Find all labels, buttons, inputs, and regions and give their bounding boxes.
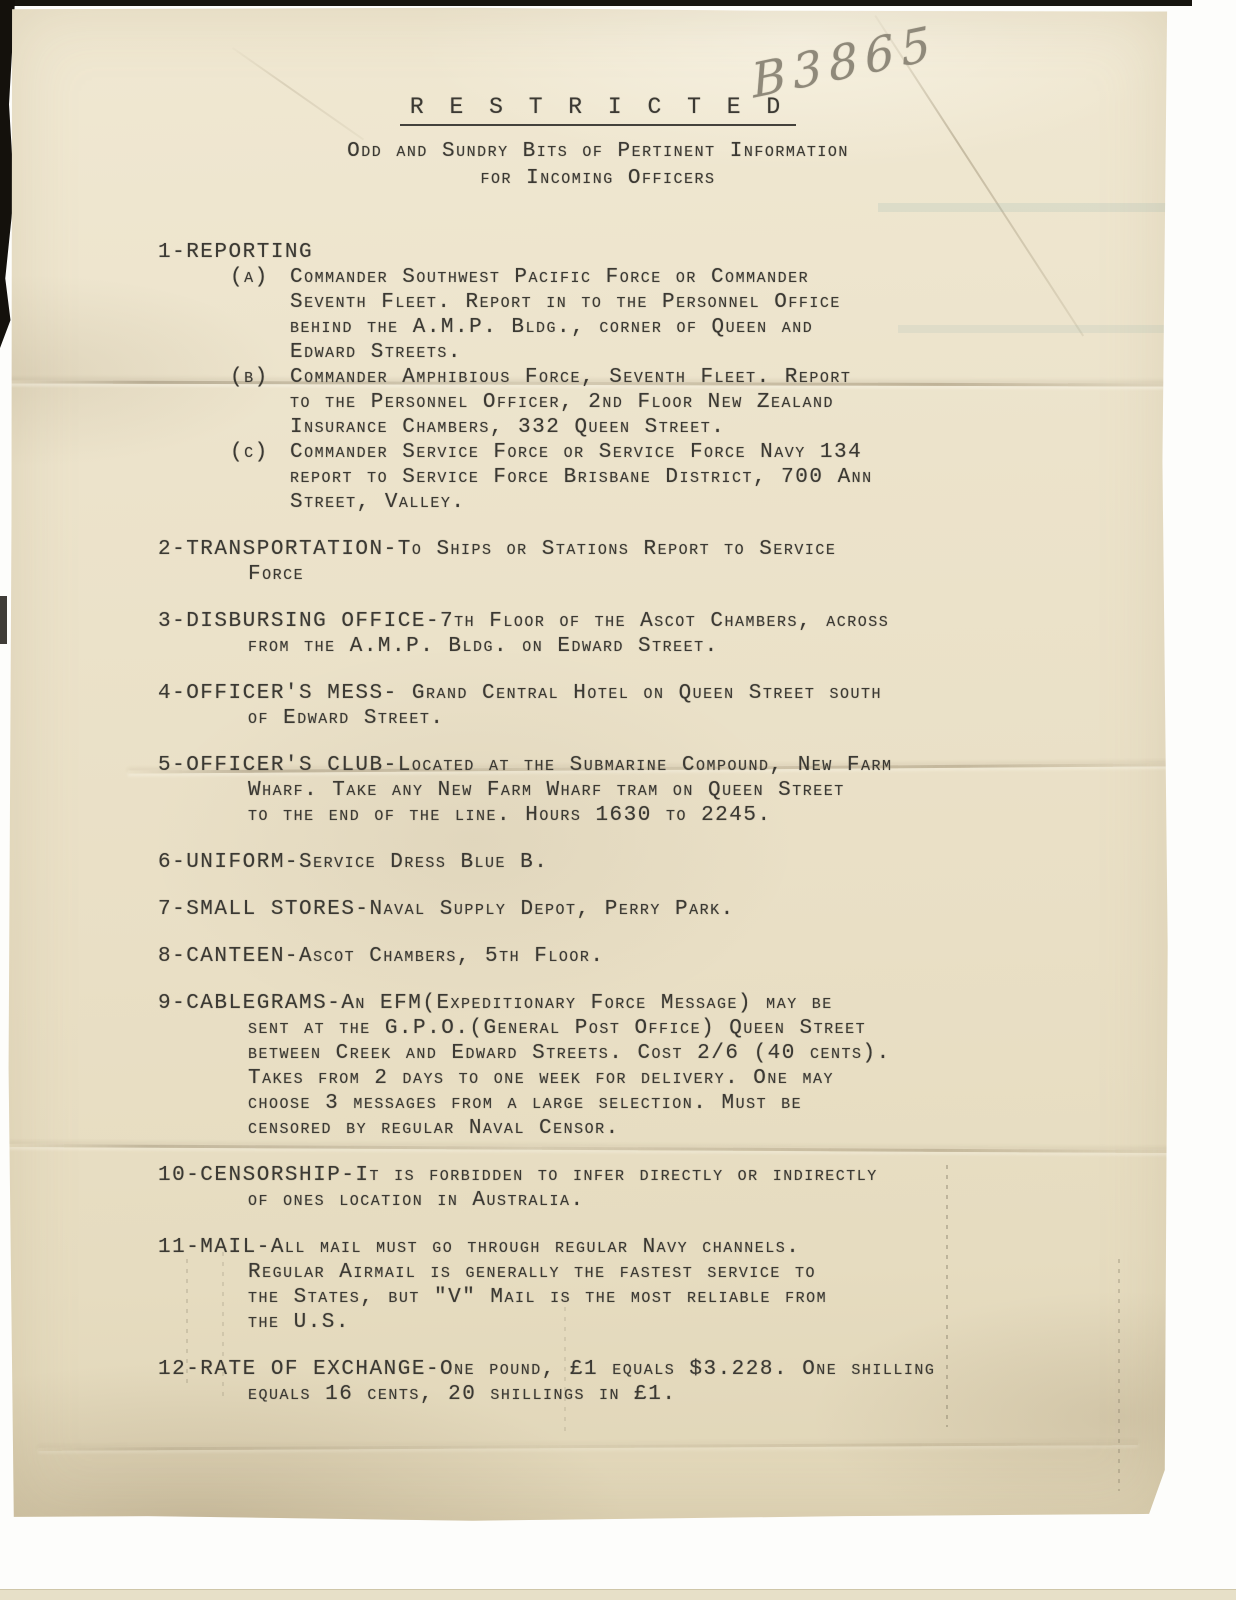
document-page: B3865 R E S T R I C T E D Odd and Sundry…: [8, 7, 1170, 1523]
doc-line: Takes from 2 days to one week for delive…: [8, 1066, 1170, 1091]
doc-item-3: 3-DISBURSING OFFICE-7th Floor of the Asc…: [8, 609, 1170, 659]
doc-line: to the end of the line. Hours 1630 to 22…: [8, 803, 1170, 828]
doc-line: 11-MAIL-All mail must go through regular…: [8, 1235, 1170, 1260]
doc-line: report to Service Force Brisbane Distric…: [290, 465, 1170, 490]
classification-title: R E S T R I C T E D: [400, 93, 796, 126]
doc-line: 9-CABLEGRAMS-An EFM(Expeditionary Force …: [8, 991, 1170, 1016]
scanned-document: B3865 R E S T R I C T E D Odd and Sundry…: [0, 0, 1236, 1600]
subtitle-line-2: for Incoming Officers: [148, 165, 1048, 192]
doc-subitem-text: Commander Southwest Pacific Force or Com…: [290, 265, 1170, 365]
doc-line: Commander Amphibious Force, Seventh Flee…: [290, 365, 1170, 390]
doc-line: 12-RATE OF EXCHANGE-One pound, £1 equals…: [8, 1357, 1170, 1382]
scan-tint-band-1: [878, 203, 1168, 212]
doc-line: 3-DISBURSING OFFICE-7th Floor of the Asc…: [8, 609, 1170, 634]
doc-line: Commander Service Force or Service Force…: [290, 440, 1170, 465]
doc-item-6: 6-UNIFORM-Service Dress Blue B.: [8, 850, 1170, 875]
doc-item-9: 9-CABLEGRAMS-An EFM(Expeditionary Force …: [8, 991, 1170, 1141]
doc-line: censored by regular Naval Censor.: [8, 1116, 1170, 1141]
doc-line: to the Personnel Officer, 2nd Floor New …: [290, 390, 1170, 415]
doc-item-10: 10-CENSORSHIP-It is forbidden to infer d…: [8, 1163, 1170, 1213]
doc-subitem-c: (c)Commander Service Force or Service Fo…: [8, 440, 1170, 515]
doc-subitem-label: (c): [230, 440, 290, 515]
doc-item-2: 2-TRANSPORTATION-To Ships or Stations Re…: [8, 537, 1170, 587]
doc-item-7: 7-SMALL STORES-Naval Supply Depot, Perry…: [8, 897, 1170, 922]
doc-line: behind the A.M.P. Bldg., corner of Queen…: [290, 315, 1170, 340]
doc-subitem-b: (b)Commander Amphibious Force, Seventh F…: [8, 365, 1170, 440]
doc-line: choose 3 messages from a large selection…: [8, 1091, 1170, 1116]
document-subtitle: Odd and Sundry Bits of Pertinent Informa…: [148, 138, 1048, 192]
document-body: 1-REPORTING(a)Commander Southwest Pacifi…: [8, 240, 1170, 1407]
doc-line: Regular Airmail is generally the fastest…: [8, 1260, 1170, 1285]
doc-line: Insurance Chambers, 332 Queen Street.: [290, 415, 1170, 440]
doc-line: of Edward Street.: [8, 706, 1170, 731]
doc-line: 6-UNIFORM-Service Dress Blue B.: [8, 850, 1170, 875]
doc-line: Seventh Fleet. Report in to the Personne…: [290, 290, 1170, 315]
doc-line: of ones location in Australia.: [8, 1188, 1170, 1213]
doc-line: 5-OFFICER'S CLUB-Located at the Submarin…: [8, 753, 1170, 778]
doc-line: 2-TRANSPORTATION-To Ships or Stations Re…: [8, 537, 1170, 562]
doc-line: 10-CENSORSHIP-It is forbidden to infer d…: [8, 1163, 1170, 1188]
doc-item-heading: 1-REPORTING: [8, 240, 1170, 265]
doc-subitem-text: Commander Amphibious Force, Seventh Flee…: [290, 365, 1170, 440]
doc-line: sent at the G.P.O.(General Post Office) …: [8, 1016, 1170, 1041]
doc-line: equals 16 cents, 20 shillings in £1.: [8, 1382, 1170, 1407]
doc-line: between Creek and Edward Streets. Cost 2…: [8, 1041, 1170, 1066]
doc-item-1: 1-REPORTING(a)Commander Southwest Pacifi…: [8, 240, 1170, 515]
doc-line: the States, but "V" Mail is the most rel…: [8, 1285, 1170, 1310]
doc-item-4: 4-OFFICER'S MESS- Grand Central Hotel on…: [8, 681, 1170, 731]
scan-bottom-strip: [0, 1589, 1236, 1600]
doc-subitem-label: (b): [230, 365, 290, 440]
doc-line: 7-SMALL STORES-Naval Supply Depot, Perry…: [8, 897, 1170, 922]
scan-edge-left-mark: [0, 596, 7, 644]
subtitle-line-1: Odd and Sundry Bits of Pertinent Informa…: [148, 138, 1048, 165]
doc-line: Wharf. Take any New Farm Wharf tram on Q…: [8, 778, 1170, 803]
fold-crease-horizontal-4: [38, 1442, 1138, 1451]
doc-subitem-a: (a)Commander Southwest Pacific Force or …: [8, 265, 1170, 365]
doc-line: Force: [8, 562, 1170, 587]
doc-line: from the A.M.P. Bldg. on Edward Street.: [8, 634, 1170, 659]
doc-line: Commander Southwest Pacific Force or Com…: [290, 265, 1170, 290]
doc-subitem-text: Commander Service Force or Service Force…: [290, 440, 1170, 515]
doc-line: 4-OFFICER'S MESS- Grand Central Hotel on…: [8, 681, 1170, 706]
doc-subitem-label: (a): [230, 265, 290, 365]
doc-item-11: 11-MAIL-All mail must go through regular…: [8, 1235, 1170, 1335]
doc-item-5: 5-OFFICER'S CLUB-Located at the Submarin…: [8, 753, 1170, 828]
doc-item-8: 8-CANTEEN-Ascot Chambers, 5th Floor.: [8, 944, 1170, 969]
doc-line: 8-CANTEEN-Ascot Chambers, 5th Floor.: [8, 944, 1170, 969]
doc-line: Edward Streets.: [290, 340, 1170, 365]
scan-edge-top: [0, 0, 1192, 6]
doc-line: Street, Valley.: [290, 490, 1170, 515]
document-header: R E S T R I C T E D Odd and Sundry Bits …: [148, 93, 1048, 192]
doc-item-12: 12-RATE OF EXCHANGE-One pound, £1 equals…: [8, 1357, 1170, 1407]
doc-line: the U.S.: [8, 1310, 1170, 1335]
